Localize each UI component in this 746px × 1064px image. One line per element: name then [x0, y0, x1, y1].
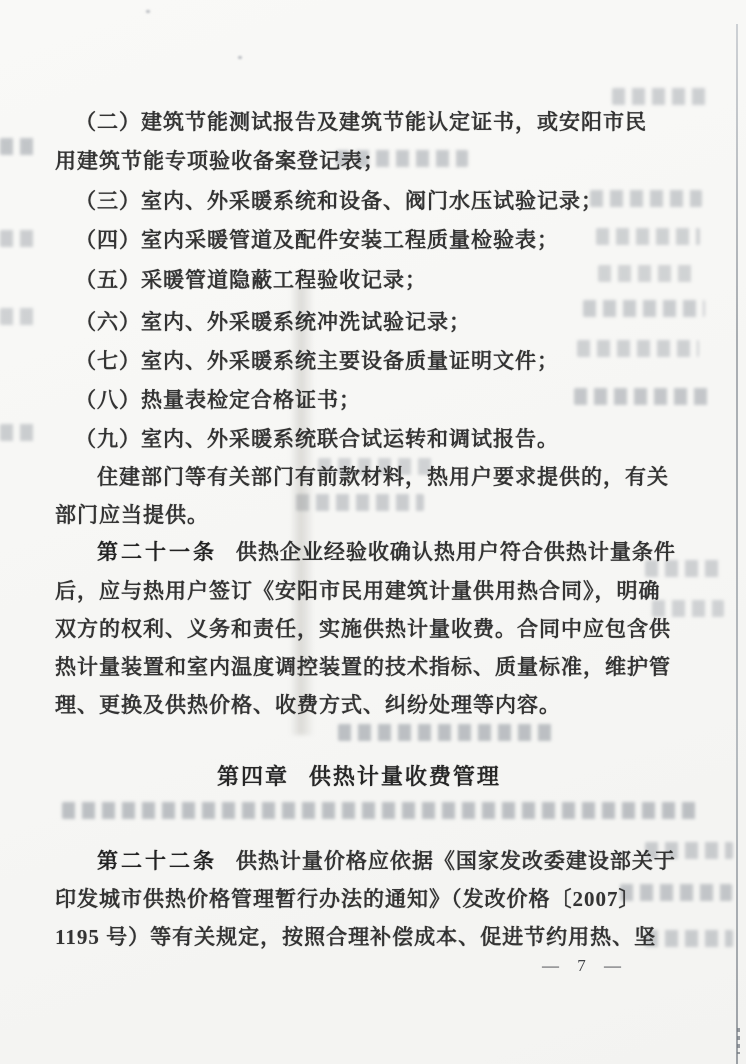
body-line: （八）热量表检定合格证书； [55, 387, 361, 414]
ghost-text-smudge [0, 138, 40, 155]
body-line: 理、更换及供热价格、收费方式、纠纷处理等内容。 [55, 692, 561, 719]
body-line: 热计量装置和室内温度调控装置的技术指标、质量标准，维护管 [55, 654, 671, 681]
body-line: 1195 号）等有关规定，按照合理补偿成本、促进节约用热、坚 [55, 924, 656, 951]
article-number: 第二十二条 [97, 849, 217, 873]
body-line: （九）室内、外采暖系统联合试运转和调试报告。 [55, 426, 559, 453]
article-number: 第二十一条 [97, 540, 217, 564]
body-line: 后，应与热用户签订《安阳市民用建筑计量供用热合同》，明确 [55, 578, 661, 605]
ghost-text-smudge [574, 388, 714, 405]
body-line: （六）室内、外采暖系统冲洗试验记录； [55, 309, 471, 336]
line-text: 印发城市供热价格管理暂行办法的通知》（发改价格〔2007〕 [55, 887, 641, 911]
body-line: 双方的权利、义务和责任，实施供热计量收费。合同中应包含供 [55, 616, 671, 643]
line-text: （八）热量表检定合格证书； [75, 388, 361, 412]
ghost-text-smudge [0, 308, 34, 325]
ghost-text-smudge [296, 494, 424, 511]
page-number: — 7 — [542, 956, 628, 976]
line-text: 理、更换及供热价格、收费方式、纠纷处理等内容。 [55, 693, 561, 717]
body-line: 用建筑节能专项验收备案登记表； [55, 148, 385, 175]
body-line-article-22: 第二十二条供热计量价格应依据《国家发改委建设部关于 [55, 848, 676, 875]
line-text: 供热企业经验收确认热用户符合供热计量条件 [236, 540, 676, 564]
ghost-text-smudge [596, 228, 700, 245]
body-line: （三）室内、外采暖系统和设备、阀门水压试验记录； [55, 188, 603, 215]
scan-speck [238, 56, 242, 59]
ghost-text-smudge [583, 300, 705, 317]
line-text: （五）采暖管道隐蔽工程验收记录； [75, 268, 427, 292]
line-text: 后，应与热用户签订《安阳市民用建筑计量供用热合同》，明确 [55, 579, 661, 603]
line-text: 双方的权利、义务和责任，实施供热计量收费。合同中应包含供 [55, 617, 671, 641]
line-text: （二）建筑节能测试报告及建筑节能认定证书，或安阳市民 [75, 110, 647, 134]
body-line: （二）建筑节能测试报告及建筑节能认定证书，或安阳市民 [55, 109, 647, 136]
line-text: （七）室内、外采暖系统主要设备质量证明文件； [75, 349, 559, 373]
line-text: （六）室内、外采暖系统冲洗试验记录； [75, 310, 471, 334]
line-text: 部门应当提供。 [55, 503, 209, 527]
ghost-text-smudge [590, 190, 702, 207]
scanned-document-page: （二）建筑节能测试报告及建筑节能认定证书，或安阳市民 用建筑节能专项验收备案登记… [0, 0, 746, 1064]
body-line: 印发城市供热价格管理暂行办法的通知》（发改价格〔2007〕 [55, 886, 641, 913]
ghost-text-smudge [0, 424, 38, 441]
line-text: 住建部门等有关部门有前款材料，热用户要求提供的，有关 [97, 465, 669, 489]
body-line: 住建部门等有关部门有前款材料，热用户要求提供的，有关 [55, 464, 669, 491]
ghost-text-smudge [652, 600, 724, 617]
ghost-text-smudge [577, 340, 699, 357]
ghost-text-smudge [62, 802, 702, 819]
line-text: （四）室内采暖管道及配件安装工程质量检验表； [75, 228, 559, 252]
body-line: （四）室内采暖管道及配件安装工程质量检验表； [55, 227, 559, 254]
body-line: 部门应当提供。 [55, 502, 209, 529]
body-line: （五）采暖管道隐蔽工程验收记录； [55, 267, 427, 294]
chapter-heading: 第四章供热计量收费管理 [217, 760, 501, 791]
line-text: 1195 号）等有关规定，按照合理补偿成本、促进节约用热、坚 [55, 925, 656, 949]
line-text: （三）室内、外采暖系统和设备、阀门水压试验记录； [75, 189, 603, 213]
ghost-text-smudge [0, 230, 36, 247]
scan-speck [146, 10, 150, 13]
page-edge-mark [737, 1028, 740, 1054]
body-line: （七）室内、外采暖系统主要设备质量证明文件； [55, 348, 559, 375]
body-line-article-21: 第二十一条供热企业经验收确认热用户符合供热计量条件 [55, 539, 676, 566]
line-text: 供热计量价格应依据《国家发改委建设部关于 [236, 849, 676, 873]
ghost-text-smudge [645, 930, 733, 947]
line-text: （九）室内、外采暖系统联合试运转和调试报告。 [75, 427, 559, 451]
chapter-title: 供热计量收费管理 [309, 764, 501, 789]
chapter-number: 第四章 [217, 764, 289, 789]
ghost-text-smudge [338, 724, 556, 741]
ghost-text-smudge [598, 265, 694, 282]
line-text: 热计量装置和室内温度调控装置的技术指标、质量标准，维护管 [55, 655, 671, 679]
line-text: 用建筑节能专项验收备案登记表； [55, 149, 385, 173]
page-edge-line [736, 24, 738, 1064]
ghost-text-smudge [612, 88, 708, 105]
